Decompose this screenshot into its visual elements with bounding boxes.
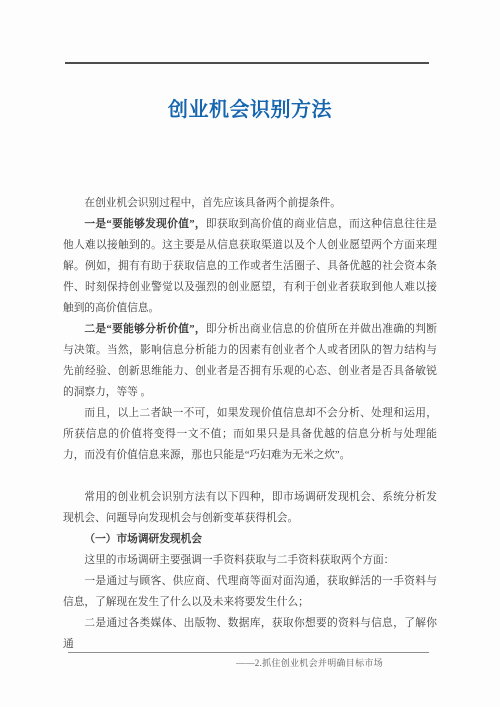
document-body: 在创业机会识别过程中，首先应该具备两个前提条件。一是“要能够发现价值”，即获取到…: [63, 193, 437, 655]
text-run: 而且，以上二者缺一不可，如果发现价值信息却不会分析、处理和运用，所获信息的价值将…: [63, 407, 437, 461]
paragraph: 在创业机会识别过程中，首先应该具备两个前提条件。: [63, 193, 437, 214]
text-run: 二是通过各类媒体、出版物、数据库，获取你想要的资料与信息，了解你通: [63, 617, 437, 650]
text-run: 常用的创业机会识别方法有以下四种，即市场调研发现机会、系统分析发现机会、问题导向…: [63, 491, 437, 524]
section-heading: （一）市场调研发现机会: [63, 529, 437, 550]
text-run: 即获取到高价值的商业信息，而这种信息往往是他人难以接触到的。这主要是从信息获取渠…: [63, 218, 437, 314]
header-rule: [65, 62, 429, 64]
page-title: 创业机会识别方法: [0, 93, 500, 122]
paragraph: 常用的创业机会识别方法有以下四种，即市场调研发现机会、系统分析发现机会、问题导向…: [63, 487, 437, 529]
document-page: 创业机会识别方法 在创业机会识别过程中，首先应该具备两个前提条件。一是“要能够发…: [0, 0, 500, 707]
paragraph: 二是“要能够分析价值”，即分析出商业信息的价值所在并做出准确的判断与决策。当然，…: [63, 319, 437, 403]
text-run: 一是通过与顾客、供应商、代理商等面对面沟通，获取鲜活的一手资料与信息，了解现在发…: [63, 575, 437, 608]
text-run-bold: 二是“要能够分析价值”，: [84, 323, 206, 335]
paragraph: 二是通过各类媒体、出版物、数据库，获取你想要的资料与信息，了解你通: [63, 613, 437, 655]
text-run-bold: 一是“要能够发现价值”，: [84, 218, 206, 230]
text-run: 这里的市场调研主要强调一手资料获取与二手资料获取两个方面：: [84, 554, 394, 566]
paragraph: 这里的市场调研主要强调一手资料获取与二手资料获取两个方面：: [63, 550, 437, 571]
text-run-bold: （一）市场调研发现机会: [84, 533, 202, 545]
paragraph: 一是通过与顾客、供应商、代理商等面对面沟通，获取鲜活的一手资料与信息，了解现在发…: [63, 571, 437, 613]
paragraph: 而且，以上二者缺一不可，如果发现价值信息却不会分析、处理和运用，所获信息的价值将…: [63, 403, 437, 466]
footer-note: ——2.抓住创业机会并明确目标市场: [236, 656, 383, 669]
paragraph: 一是“要能够发现价值”，即获取到高价值的商业信息，而这种信息往往是他人难以接触到…: [63, 214, 437, 319]
footer-rule: [68, 652, 429, 653]
text-run: 在创业机会识别过程中，首先应该具备两个前提条件。: [84, 197, 341, 209]
